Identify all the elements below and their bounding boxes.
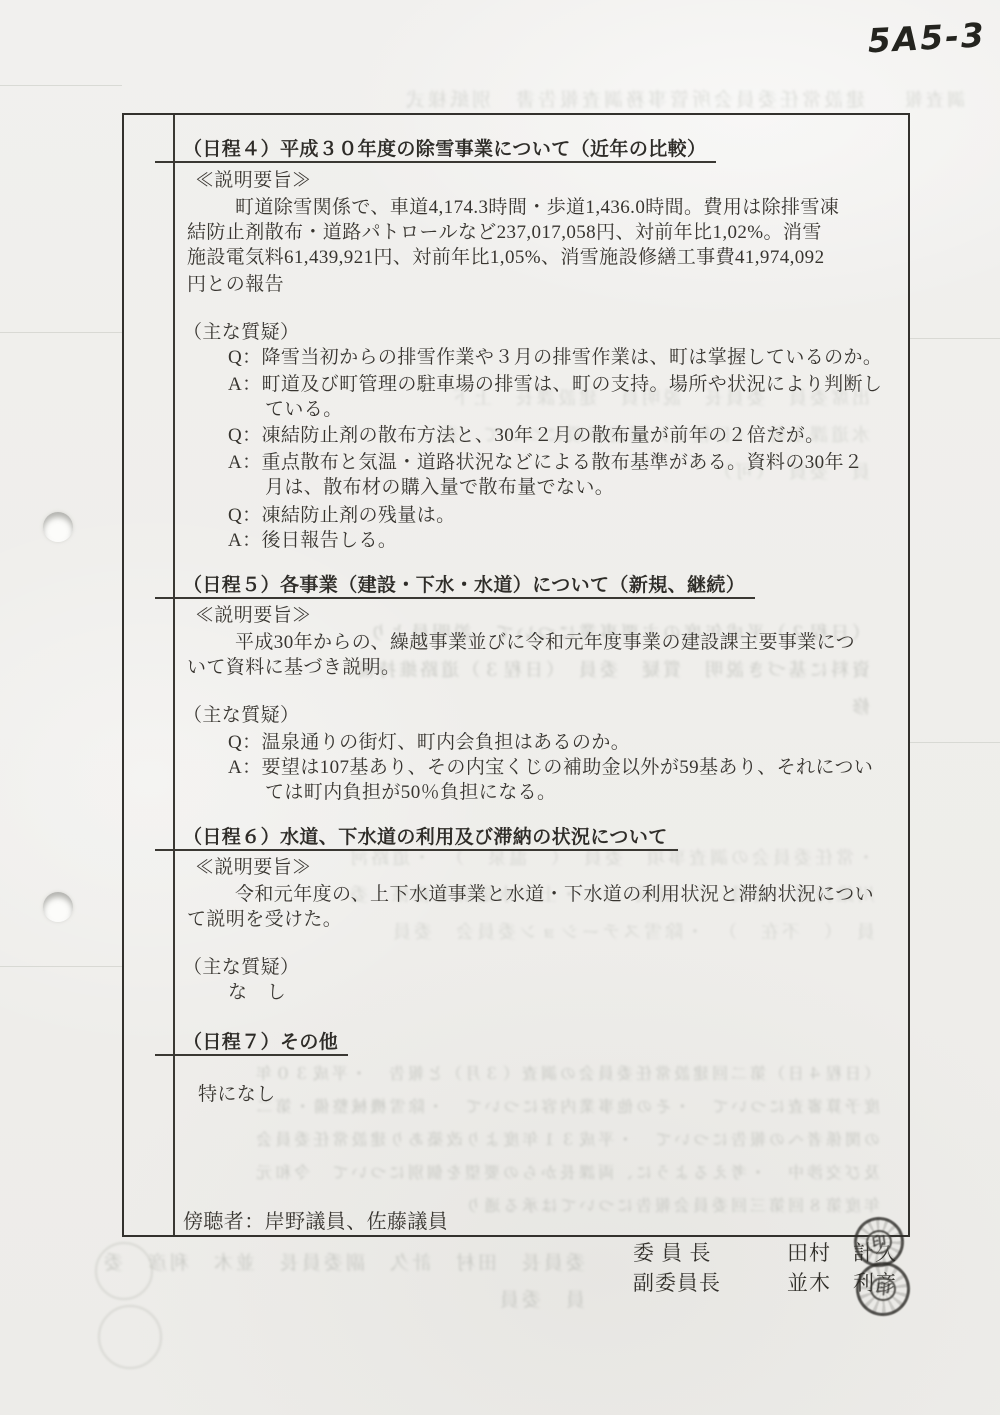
signature-role: 委 員 長: [633, 1237, 751, 1267]
signature-role: 副委員長: [633, 1267, 751, 1297]
section-heading: （日程７）その他: [155, 1030, 348, 1056]
summary-line: 令和元年度の、上下水道事業と水道・下水道の利用状況と滞納状況につい: [235, 882, 874, 908]
qa-line: ては町内負担が50％負担になる。: [265, 780, 556, 806]
qa-line: A：後日報告しる。: [228, 528, 397, 554]
section-heading: （日程５）各事業（建設・下水・水道）について（新規、継続）: [155, 573, 755, 599]
qa-label: （主な質疑）: [183, 955, 299, 981]
seal-icon: 印: [864, 1228, 893, 1255]
section-heading: （日程４）平成３０年度の除雪事業について（近年の比較）: [155, 137, 716, 163]
summary-label: ≪説明要旨≫: [195, 168, 311, 194]
qa-line: Q：温泉通りの街灯、町内会負担はあるのか。: [228, 730, 630, 756]
hole-punch: [43, 512, 73, 542]
summary-line: 結防止剤散布・道路パトロールなど237,017,058円、対前年比1,02%。消…: [187, 220, 822, 246]
section-body: 特になし: [198, 1082, 276, 1108]
summary-line: て説明を受けた。: [187, 907, 342, 933]
hole-punch: [43, 892, 73, 922]
qa-line: A：要望は107基あり、その内宝くじの補助金以外が59基あり、それについ: [228, 755, 873, 781]
summary-line: 円との報告: [187, 272, 284, 298]
summary-label: ≪説明要旨≫: [195, 603, 311, 629]
summary-line: いて資料に基づき説明。: [187, 655, 400, 681]
qa-line: ている。: [265, 397, 343, 423]
qa-line: な し: [228, 980, 286, 1006]
qa-label: （主な質疑）: [183, 703, 299, 729]
qa-line: A：重点散布と気温・道路状況などによる散布基準がある。資料の30年２: [228, 450, 863, 476]
document-body: （日程４）平成３０年度の除雪事業について（近年の比較） ≪説明要旨≫ 町道除雪関…: [173, 113, 908, 1233]
qa-line: 月は、散布材の購入量で散布量でない。: [265, 475, 614, 501]
section-heading: （日程６）水道、下水道の利用及び滞納の状況について: [155, 825, 678, 851]
qa-line: Q：凍結防止剤の散布方法と、30年２月の散布量が前年の２倍だが。: [228, 423, 825, 449]
summary-line: 施設電気料61,439,921円、対前年比1,05%、消雪施設修繕工事費41,9…: [187, 245, 824, 271]
qa-line: Q：凍結防止剤の残量は。: [228, 503, 456, 529]
summary-label: ≪説明要旨≫: [195, 855, 311, 881]
observers-line: 傍聴者：岸野議員、佐藤議員: [183, 1210, 448, 1236]
qa-label: （主な質疑）: [183, 320, 299, 346]
qa-line: A：町道及び町管理の駐車場の排雪は、町の支持。場所や状況により判断し: [228, 372, 882, 398]
summary-line: 平成30年からの、繰越事業並びに令和元年度事業の建設課主要事業につ: [235, 630, 855, 656]
qa-line: Q：降雪当初からの排雪作業や３月の排雪作業は、町は掌握しているのか。: [228, 345, 882, 371]
seal-icon: 印: [869, 1276, 897, 1302]
summary-line: 町道除雪関係で、車道4,174.3時間・歩道1,436.0時間。費用は除排雪凍: [235, 195, 839, 221]
handwritten-page-code: 5A5-3: [867, 15, 1000, 74]
